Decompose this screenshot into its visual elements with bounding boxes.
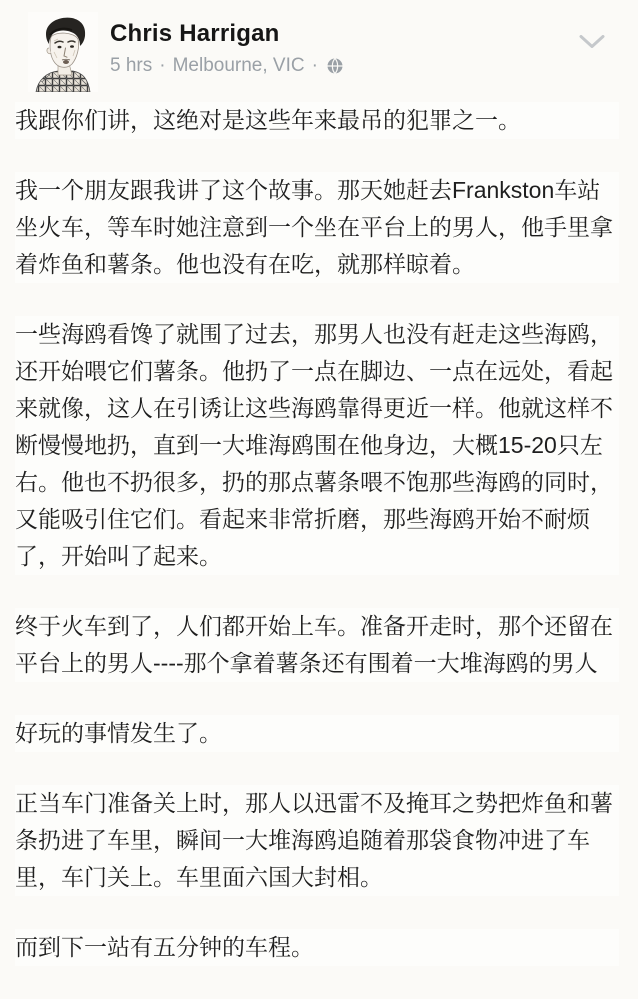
header-text: Chris Harrigan 5 hrs · Melbourne, VIC ·: [110, 12, 344, 78]
avatar-sketch-portrait: [28, 12, 98, 92]
meta-separator: ·: [312, 54, 318, 78]
post-paragraph: 终于火车到了，人们都开始上车。准备开走时，那个还留在平台上的男人----那个拿着…: [15, 608, 619, 682]
post-body: 我跟你们讲，这绝对是这些年来最吊的犯罪之一。 我一个朋友跟我讲了这个故事。那天她…: [0, 98, 638, 966]
location-link[interactable]: Melbourne, VIC: [173, 54, 305, 78]
timestamp[interactable]: 5 hrs: [110, 54, 152, 78]
post-paragraph: 好玩的事情发生了。: [15, 715, 619, 752]
author-name[interactable]: Chris Harrigan: [110, 19, 344, 49]
post-paragraph: 我跟你们讲，这绝对是这些年来最吊的犯罪之一。: [15, 102, 619, 139]
avatar[interactable]: [28, 12, 98, 92]
post-paragraph: 正当车门准备关上时，那人以迅雷不及掩耳之势把炸鱼和薯条扔进了车里，瞬间一大堆海鸥…: [15, 785, 619, 896]
post-paragraph: 我一个朋友跟我讲了这个故事。那天她赶去Frankston车站坐火车，等车时她注意…: [15, 172, 619, 283]
privacy-globe-icon: [326, 57, 344, 75]
post-meta: 5 hrs · Melbourne, VIC ·: [110, 54, 344, 78]
chevron-down-icon[interactable]: [578, 34, 606, 55]
post-header: Chris Harrigan 5 hrs · Melbourne, VIC ·: [0, 0, 638, 98]
meta-separator: ·: [159, 54, 165, 78]
facebook-post: Chris Harrigan 5 hrs · Melbourne, VIC ·: [0, 0, 638, 999]
post-paragraph: 而到下一站有五分钟的车程。: [15, 929, 619, 966]
post-paragraph: 一些海鸥看馋了就围了过去，那男人也没有赶走这些海鸥，还开始喂它们薯条。他扔了一点…: [15, 316, 619, 575]
